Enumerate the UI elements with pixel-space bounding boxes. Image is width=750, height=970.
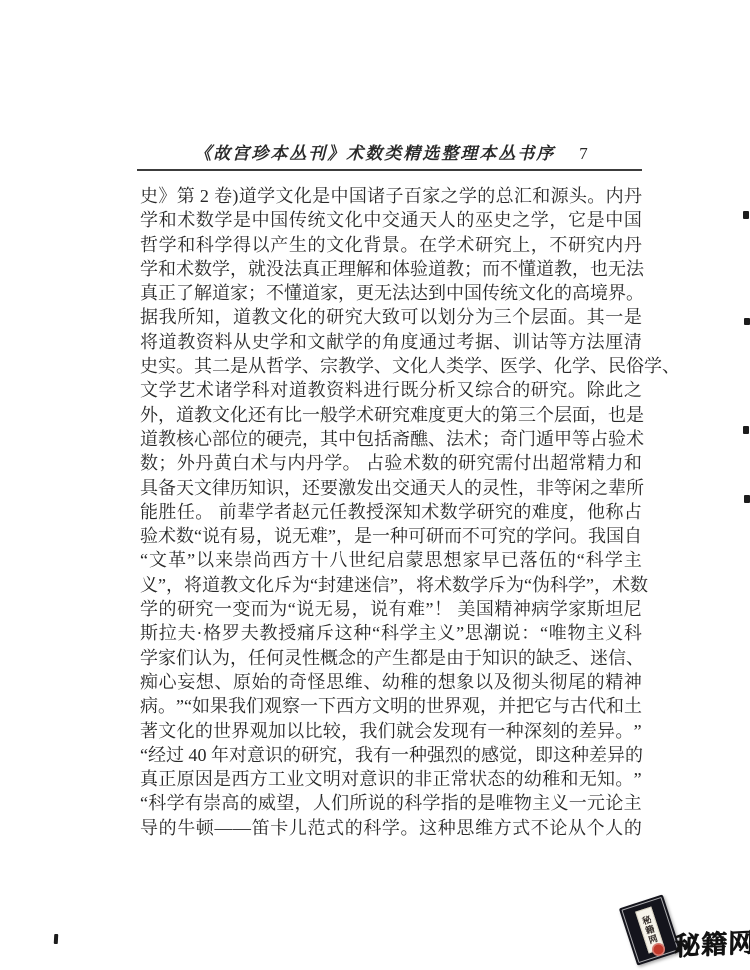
- text-line: 学家们认为，任何灵性概念的产生都是由于知识的缺乏、迷信、: [140, 646, 642, 670]
- text-line: “文革”以来崇尚西方十八世纪启蒙思想家早已落伍的“科学主: [140, 548, 642, 572]
- body-text: 史》第 2 卷)道学文化是中国诸子百家之学的总汇和源头。内丹学和术数学是中国传统…: [140, 184, 642, 840]
- scan-artifact: [744, 495, 750, 503]
- text-line: 病。”“如果我们观察一下西方文明的世界观，并把它与古代和土: [140, 694, 642, 718]
- scanned-book-page: 《故宫珍本丛刊》术数类精选整理本丛书序 7 史》第 2 卷)道学文化是中国诸子百…: [0, 0, 750, 970]
- page-number: 7: [579, 144, 588, 164]
- scan-artifact: [743, 426, 749, 434]
- text-line: 学和术数学是中国传统文化中交通天人的巫史之学，它是中国: [140, 208, 642, 232]
- scan-artifact: [54, 934, 59, 944]
- text-line: 文学艺术诸学科对道教资料进行既分析又综合的研究。除此之: [140, 378, 642, 402]
- text-line: 史实。其二是从哲学、宗教学、文化人类学、医学、化学、民俗学、: [140, 354, 642, 378]
- text-line: “经过 40 年对意识的研究，我有一种强烈的感觉，即这种差异的: [140, 743, 642, 767]
- scan-artifact: [744, 318, 750, 325]
- text-line: 义”，将道教文化斥为“封建迷信”，将术数学斥为“伪科学”，术数: [140, 573, 642, 597]
- text-line: 验术数“说有易，说无难”，是一种可研而不可究的学问。我国自: [140, 524, 642, 548]
- text-line: 痴心妄想、原始的奇怪思维、幼稚的想象以及彻头彻尾的精神: [140, 670, 642, 694]
- text-line: 导的牛顿——笛卡儿范式的科学。这种思维方式不论从个人的: [140, 816, 642, 840]
- text-line: 史》第 2 卷)道学文化是中国诸子百家之学的总汇和源头。内丹: [140, 184, 642, 208]
- book-icon: 秘籍网: [619, 894, 681, 965]
- text-line: 斯拉夫·格罗夫教授痛斥这种“科学主义”思潮说：“唯物主义科: [140, 621, 642, 645]
- text-line: 将道教资料从史学和文献学的角度通过考据、训诂等方法厘清: [140, 330, 642, 354]
- running-head: 《故宫珍本丛刊》术数类精选整理本丛书序 7: [140, 139, 642, 165]
- text-line: 学的研究一变而为“说无易，说有难”！ 美国精神病学家斯坦尼: [140, 597, 642, 621]
- text-line: 道教核心部位的硬壳，其中包括斋醮、法术；奇门遁甲等占验术: [140, 427, 642, 451]
- text-line: 哲学和科学得以产生的文化背景。在学术研究上，不研究内丹: [140, 233, 642, 257]
- scan-artifact: [743, 211, 749, 219]
- text-line: 学和术数学，就没法真正理解和体验道教；而不懂道教，也无法: [140, 257, 642, 281]
- text-line: 真正了解道家；不懂道家，更无法达到中国传统文化的高境界。: [140, 281, 642, 305]
- text-line: 据我所知，道教文化的研究大致可以划分为三个层面。其一是: [140, 305, 642, 329]
- text-line: 具备天文律历知识，还要激发出交通天人的灵性，非等闲之辈所: [140, 476, 642, 500]
- watermark-site-name: 秘籍网: [674, 922, 750, 963]
- text-line: 外，道教文化还有比一般学术研究难度更大的第三个层面，也是: [140, 403, 642, 427]
- text-line: 真正原因是西方工业文明对意识的非正常状态的幼稚和无知。”: [140, 767, 642, 791]
- red-seal-icon: [652, 943, 665, 956]
- header-rule: [137, 169, 642, 171]
- watermark-logo: 秘籍网 秘籍网: [600, 880, 750, 970]
- text-line: 著文化的世界观加以比较，我们就会发现有一种深刻的差异。”: [140, 719, 642, 743]
- book-series-title: 《故宫珍本丛刊》术数类精选整理本丛书序: [194, 139, 555, 164]
- text-line: 数；外丹黄白术与内丹学。 占验术数的研究需付出超常精力和: [140, 451, 642, 475]
- text-line: “科学有崇高的威望，人们所说的科学指的是唯物主义一元论主: [140, 791, 642, 815]
- text-line: 能胜任。 前辈学者赵元任教授深知术数学研究的难度，他称占: [140, 500, 642, 524]
